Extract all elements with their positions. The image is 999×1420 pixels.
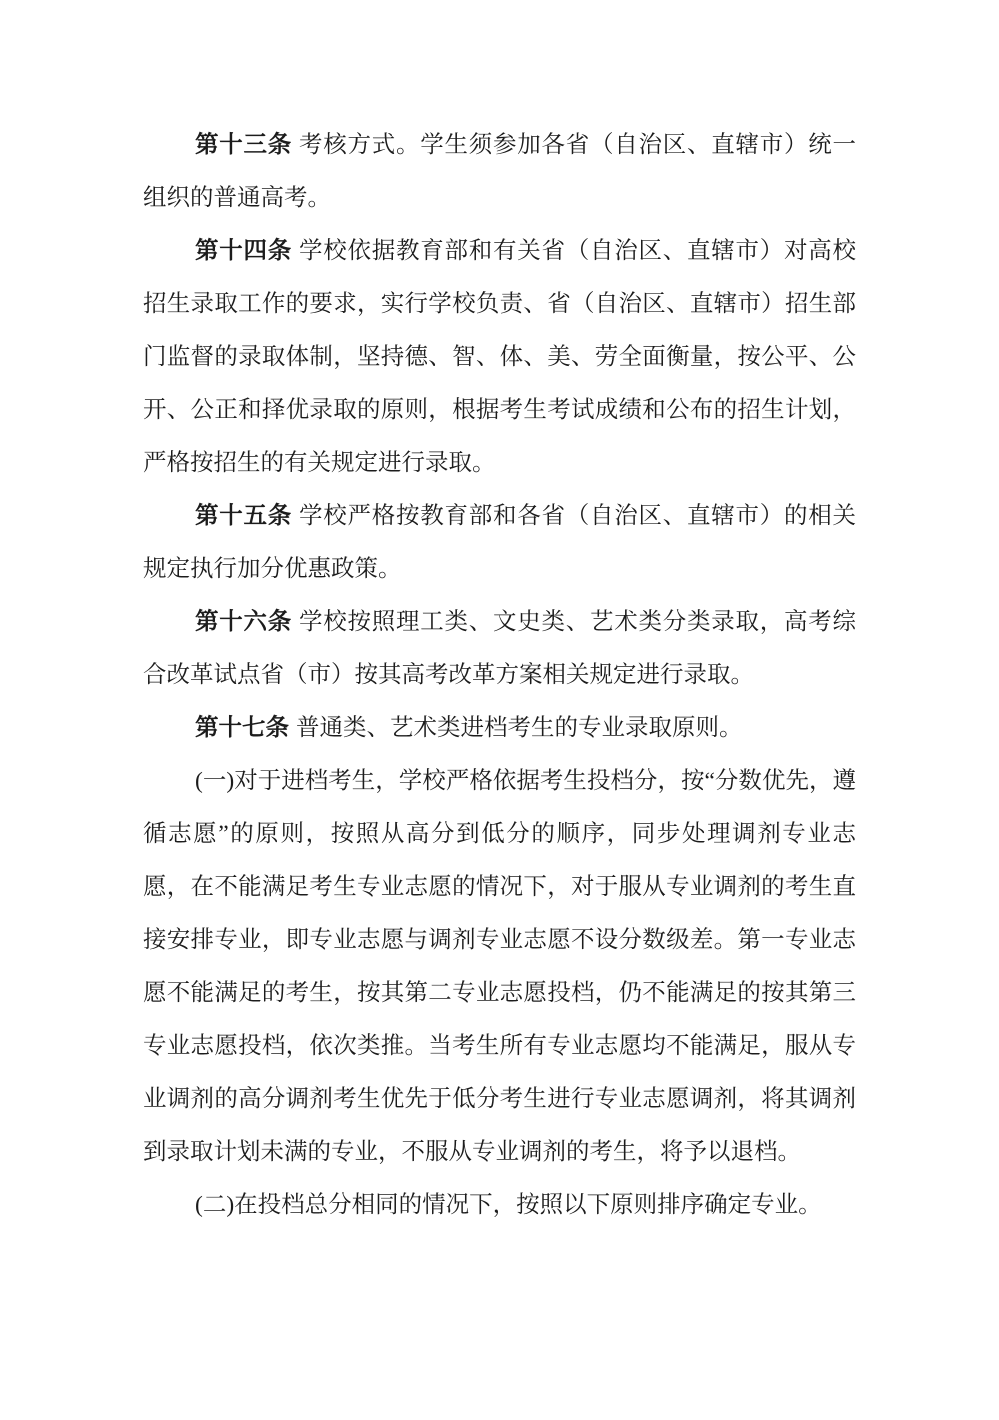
paragraph: 第十七条普通类、艺术类进档考生的专业录取原则。 <box>143 702 856 755</box>
article-number-label: 第十五条 <box>195 503 292 529</box>
paragraph: 第十五条学校严格按教育部和各省（自治区、直辖市）的相关规定执行加分优惠政策。 <box>143 490 856 596</box>
paragraph: 第十三条考核方式。学生须参加各省（自治区、直辖市）统一组织的普通高考。 <box>143 119 856 225</box>
paragraph-text: 学校依据教育部和有关省（自治区、直辖市）对高校招生录取工作的要求，实行学校负责、… <box>143 238 856 476</box>
document-page: 第十三条考核方式。学生须参加各省（自治区、直辖市）统一组织的普通高考。 第十四条… <box>0 0 999 1420</box>
article-number-label: 第十四条 <box>195 238 292 264</box>
paragraph-text: (二)在投档总分相同的情况下，按照以下原则排序确定专业。 <box>195 1192 822 1218</box>
paragraph-text: 普通类、艺术类进档考生的专业录取原则。 <box>296 715 743 741</box>
article-number-label: 第十三条 <box>195 132 292 158</box>
paragraph: (一)对于进档考生，学校严格依据考生投档分，按“分数优先，遵循志愿”的原则，按照… <box>143 755 856 1179</box>
paragraph: 第十四条学校依据教育部和有关省（自治区、直辖市）对高校招生录取工作的要求，实行学… <box>143 225 856 490</box>
paragraph-text: (一)对于进档考生，学校严格依据考生投档分，按“分数优先，遵循志愿”的原则，按照… <box>143 768 856 1165</box>
document-body: 第十三条考核方式。学生须参加各省（自治区、直辖市）统一组织的普通高考。 第十四条… <box>143 119 856 1232</box>
paragraph: 第十六条学校按照理工类、文史类、艺术类分类录取，高考综合改革试点省（市）按其高考… <box>143 596 856 702</box>
article-number-label: 第十六条 <box>195 609 292 635</box>
article-number-label: 第十七条 <box>195 715 289 741</box>
paragraph: (二)在投档总分相同的情况下，按照以下原则排序确定专业。 <box>143 1179 856 1232</box>
